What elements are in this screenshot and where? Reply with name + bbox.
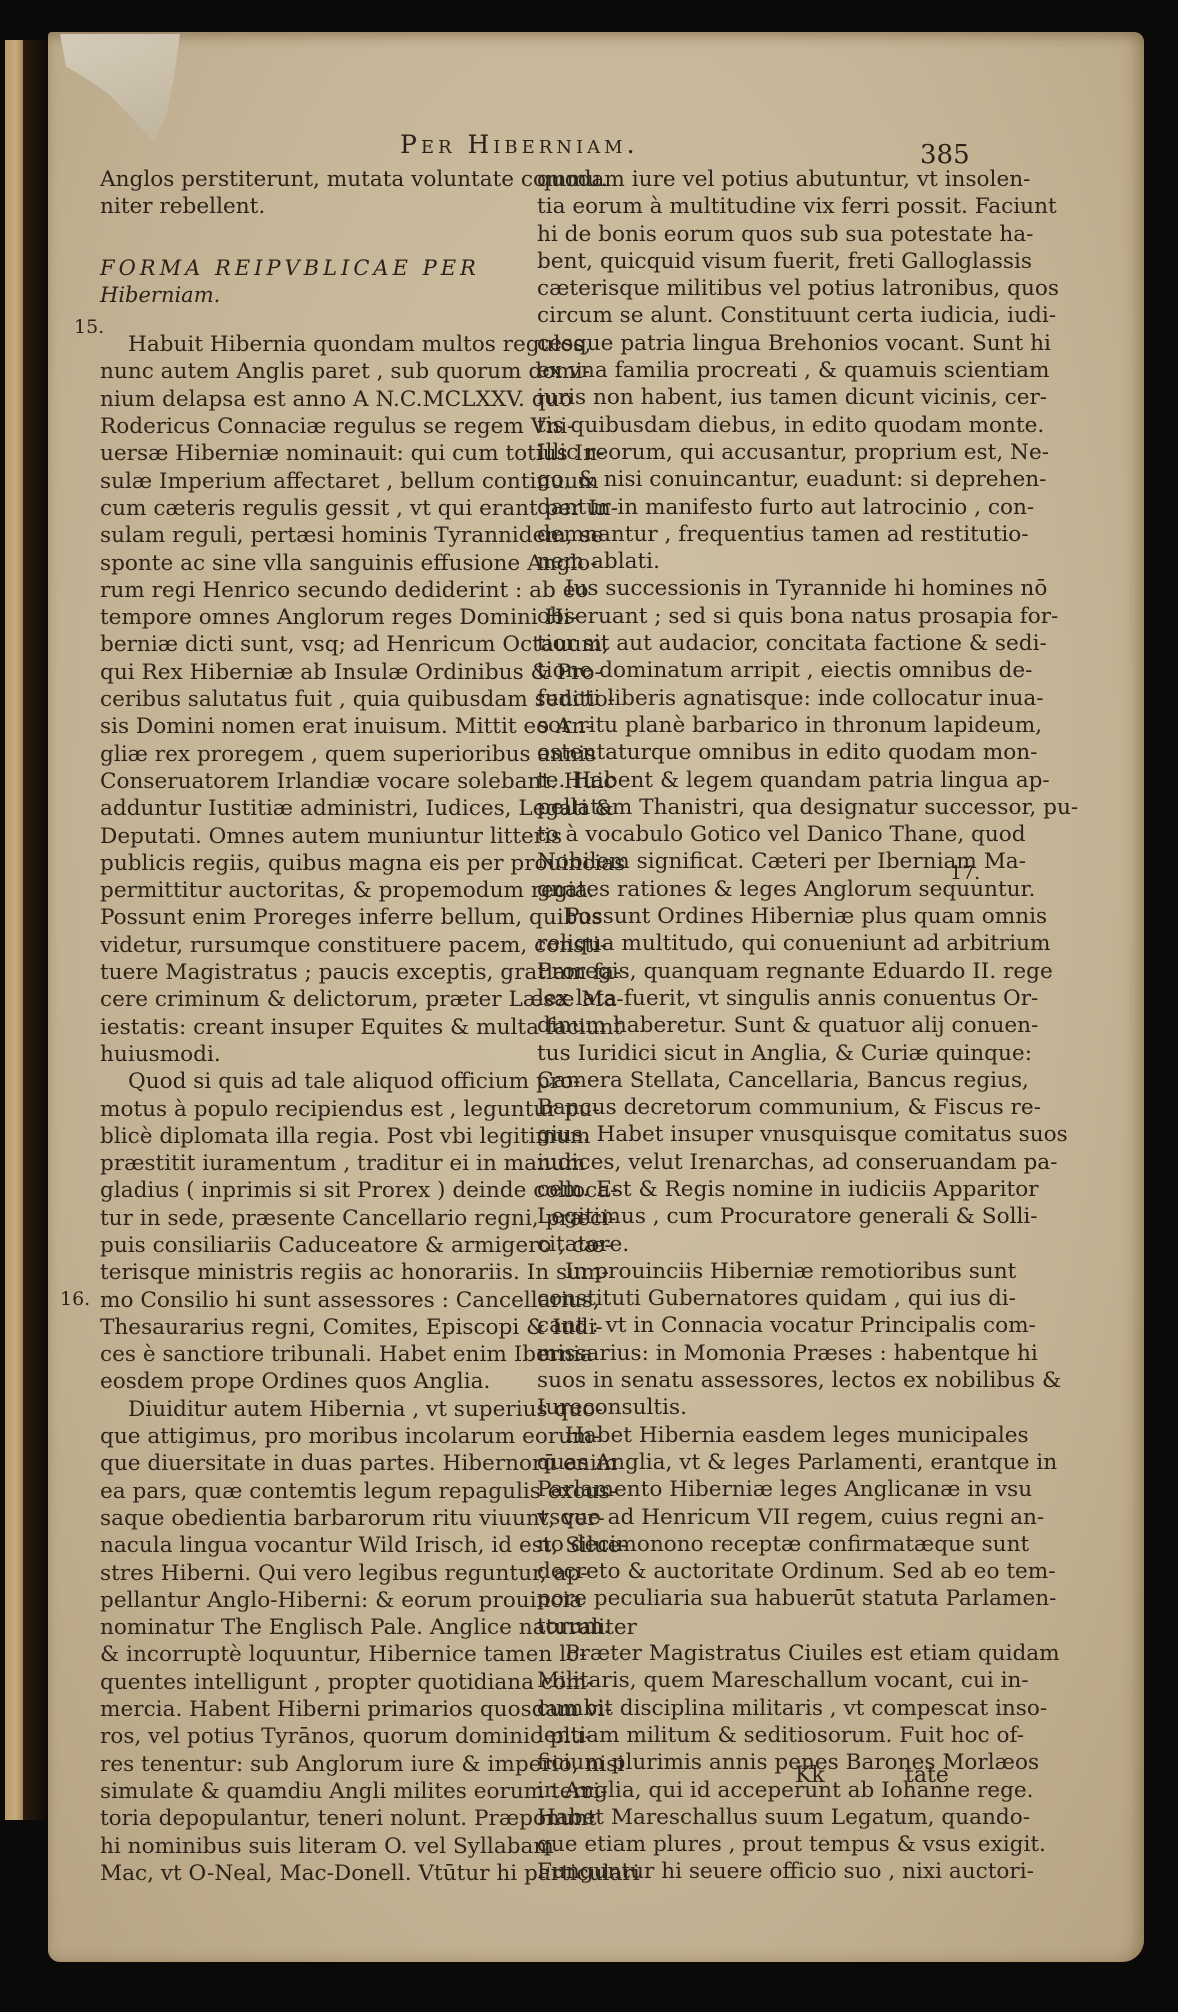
text-line: tur in sede, præsente Cancellario regni,…	[100, 1205, 500, 1232]
text-line: gliæ rex proregem , quem superioribus an…	[100, 741, 500, 768]
text-line: Rodericus Connaciæ regulus se regem Vni-	[100, 413, 500, 440]
text-line: tis quibusdam diebus, in edito quodam mo…	[537, 412, 947, 439]
text-line: mercia. Habent Hiberni primarios quosdam…	[100, 1696, 500, 1723]
text-line: iestatis: creant insuper Equites & multa…	[100, 1014, 500, 1041]
text-line: Funguntur hi seuere officio suo , nixi a…	[537, 1858, 947, 1885]
text-line: ostentaturque omnibus in edito quodam mo…	[537, 739, 947, 766]
text-line: cesque patria lingua Brehonios vocant. S…	[537, 330, 947, 357]
margin-number-17: 17.	[950, 862, 980, 884]
catchword: tate	[905, 1763, 949, 1788]
text-line: to à vocabulo Gotico vel Danico Thane, q…	[537, 821, 947, 848]
text-line: tuere Magistratus ; paucis exceptis, gra…	[100, 959, 500, 986]
text-line: Habet Hibernia easdem leges municipales	[537, 1422, 947, 1449]
text-line: go, & nisi conuincantur, euadunt: si dep…	[537, 466, 947, 493]
text-line: nem ablati.	[537, 548, 947, 575]
text-line: Possunt enim Proreges inferre bellum, qu…	[100, 904, 500, 931]
text-line: pellatam Thanistri, qua designatur succe…	[537, 794, 947, 821]
text-line: dantur in manifesto furto aut latrocinio…	[537, 494, 947, 521]
text-line: Mac, vt O-Neal, Mac-Donell. Vtūtur hi pa…	[100, 1860, 500, 1887]
text-line: Camera Stellata, Cancellaria, Bancus reg…	[537, 1067, 947, 1094]
text-line: nominatur The Englisch Pale. Anglice nat…	[100, 1614, 500, 1641]
text-line: Quod si quis ad tale aliquod officium pr…	[100, 1068, 500, 1095]
text-line: que etiam plures , prout tempus & vsus e…	[537, 1831, 947, 1858]
text-line: Iureconsultis.	[537, 1394, 947, 1421]
text-line: pellantur Anglo-Hiberni: & eorum prouinc…	[100, 1587, 500, 1614]
text-line: Conseruatorem Irlandiæ vocare solebant. …	[100, 768, 500, 795]
text-line: puis consiliariis Caduceatore & armigero…	[100, 1232, 500, 1259]
text-line: hi nominibus suis literam O. vel Syllaba…	[100, 1833, 500, 1860]
text-line: terisque ministris regiis ac honorariis.…	[100, 1259, 500, 1286]
text-line: citatore.	[537, 1231, 947, 1258]
text-line: cum cæteris regulis gessit , vt qui eran…	[100, 495, 500, 522]
text-line: dinum haberetur. Sunt & quatuor alij con…	[537, 1012, 947, 1039]
text-line: no decimonono receptæ confirmatæque sunt	[537, 1531, 947, 1558]
text-line: videtur, rursumque constituere pacem, co…	[100, 932, 500, 959]
text-line: Parlamento Hiberniæ leges Anglicanæ in v…	[537, 1476, 947, 1503]
text-line: cant : vt in Connacia vocatur Principali…	[537, 1312, 947, 1339]
text-line: tempore omnes Anglorum reges Domini Hi-	[100, 604, 500, 631]
text-line: præstitit iuramentum , traditur ei in ma…	[100, 1150, 500, 1177]
text-line: Legitimus , cum Procuratore generali & S…	[537, 1203, 947, 1230]
text-line: decreto & auctoritate Ordinum. Sed ab eo…	[537, 1558, 947, 1585]
text-line: lentiam militum & seditiosorum. Fuit hoc…	[537, 1722, 947, 1749]
text-line: uersæ Hiberniæ nominauit: qui cum totius…	[100, 440, 500, 467]
text-line: mo Consilio hi sunt assessores : Cancell…	[100, 1287, 500, 1314]
text-line: sulæ Imperium affectaret , bellum contin…	[100, 468, 500, 495]
text-line: lex lata fuerit, vt singulis annis conue…	[537, 985, 947, 1012]
left-column: Anglos perstiterunt, mutata voluntate co…	[100, 166, 500, 1887]
text-line: quas Anglia, vt & leges Parlamenti, eran…	[537, 1449, 947, 1476]
text-line: berniæ dicti sunt, vsq; ad Henricum Octa…	[100, 631, 500, 658]
text-line: cumbit disciplina militaris , vt compesc…	[537, 1695, 947, 1722]
text-line: Nobilem significat. Cæteri per Iberniam …	[537, 848, 947, 875]
text-line: que diuersitate in duas partes. Hibernor…	[100, 1450, 500, 1477]
text-line: ficium plurimis annis penes Barones Morl…	[537, 1749, 947, 1776]
adjacent-page-edge	[5, 40, 23, 1820]
text-line: in Anglia, qui id acceperunt ab Iohanne …	[537, 1777, 947, 1804]
text-line: gnates rationes & leges Anglorum sequunt…	[537, 876, 947, 903]
text-line: circum se alunt. Constituunt certa iudic…	[537, 302, 947, 329]
text-line: Militaris, quem Mareschallum vocant, cui…	[537, 1667, 947, 1694]
text-line: ces è sanctiore tribunali. Habet enim Ib…	[100, 1341, 500, 1368]
text-line: tione dominatum arripit , eiectis omnibu…	[537, 657, 947, 684]
text-line: In prouinciis Hiberniæ remotioribus sunt	[537, 1258, 947, 1285]
text-line: hi de bonis eorum quos sub sua potestate…	[537, 221, 947, 248]
text-line: obseruant ; sed si quis bona natus prosa…	[537, 603, 947, 630]
text-line: constituti Gubernatores quidam , qui ius…	[537, 1285, 947, 1312]
text-line: tus Iuridici sicut in Anglia, & Curiæ qu…	[537, 1040, 947, 1067]
section-subheading: Hiberniam.	[100, 282, 500, 309]
text-line: eosdem prope Ordines quos Anglia.	[100, 1368, 500, 1395]
text-line: que attigimus, pro moribus incolarum eor…	[100, 1423, 500, 1450]
text-line: Habuit Hibernia quondam multos regulos,	[100, 331, 500, 358]
text-line: publicis regiis, quibus magna eis per pr…	[100, 850, 500, 877]
text-line: quodam iure vel potius abutuntur, vt ins…	[537, 166, 947, 193]
text-line: & incorruptè loquuntur, Hibernice tamen …	[100, 1641, 500, 1668]
text-line: gius. Habet insuper vnusquisque comitatu…	[537, 1121, 947, 1148]
text-line: sponte ac sine vlla sanguinis effusione …	[100, 550, 500, 577]
running-head: Per Hiberniam.	[400, 130, 639, 159]
text-line: torum.	[537, 1613, 947, 1640]
text-line: ceribus salutatus fuit , quia quibusdam …	[100, 686, 500, 713]
text-line: Ius successionis in Tyrannide hi homines…	[537, 575, 947, 602]
text-line: ex vna familia procreati , & quamuis sci…	[537, 357, 947, 384]
text-line: Anglos perstiterunt, mutata voluntate co…	[100, 166, 500, 193]
text-line: iuris non habent, ius tamen dicunt vicin…	[537, 384, 947, 411]
text-line: niter rebellent.	[100, 193, 500, 220]
text-line: qui Rex Hiberniæ ab Insulæ Ordinibus & P…	[100, 659, 500, 686]
text-line: saque obedientia barbarorum ritu viuunt,…	[100, 1505, 500, 1532]
text-line: demnantur , frequentius tamen ad restitu…	[537, 521, 947, 548]
text-line: simulate & quamdiu Angli milites eorum t…	[100, 1778, 500, 1805]
text-line: stres Hiberni. Qui vero legibus reguntur…	[100, 1560, 500, 1587]
text-line: blicè diplomata illa regia. Post vbi leg…	[100, 1123, 500, 1150]
text-line: Thesaurarius regni, Comites, Episcopi & …	[100, 1314, 500, 1341]
text-line: Bancus decretorum communium, & Fiscus re…	[537, 1094, 947, 1121]
left-body-text: Habuit Hibernia quondam multos regulos,n…	[100, 331, 500, 1887]
section-heading: FORMA REIPVBLICAE PER	[100, 255, 500, 282]
text-line: Possunt Ordines Hiberniæ plus quam omnis	[537, 903, 947, 930]
text-line: toria depopulantur, teneri nolunt. Præpo…	[100, 1805, 500, 1832]
right-column: quodam iure vel potius abutuntur, vt ins…	[537, 166, 947, 1886]
text-line: sis Domini nomen erat inuisum. Mittit eo…	[100, 713, 500, 740]
text-line: motus à populo recipiendus est , leguntu…	[100, 1096, 500, 1123]
right-body-text: quodam iure vel potius abutuntur, vt ins…	[537, 166, 947, 1886]
margin-number-16: 16.	[60, 1288, 90, 1310]
text-line: Diuiditur autem Hibernia , vt superius q…	[100, 1396, 500, 1423]
text-line: quentes intelligunt , propter quotidiana…	[100, 1669, 500, 1696]
margin-number-15: 15.	[74, 316, 104, 338]
text-line: cæterisque militibus vel potius latronib…	[537, 275, 947, 302]
text-line: bent, quicquid visum fuerit, freti Gallo…	[537, 248, 947, 275]
text-line: vsque ad Henricum VII regem, cuius regni…	[537, 1504, 947, 1531]
text-line: gladius ( inprimis si sit Prorex ) deind…	[100, 1177, 500, 1204]
signature-mark: Kk	[795, 1763, 825, 1788]
text-line: Præter Magistratus Ciuiles est etiam qui…	[537, 1640, 947, 1667]
text-line: pore peculiaria sua habuerūt statuta Par…	[537, 1585, 947, 1612]
text-line: nacula lingua vocantur Wild Irisch, id e…	[100, 1532, 500, 1559]
text-line: rum regi Henrico secundo dediderint : ab…	[100, 577, 500, 604]
text-line: missarius: in Momonia Præses : habentque…	[537, 1340, 947, 1367]
text-line: cem. Est & Regis nomine in iudiciis Appa…	[537, 1176, 947, 1203]
text-line: Habet Mareschallus suum Legatum, quando-	[537, 1804, 947, 1831]
text-line: Illic reorum, qui accusantur, proprium e…	[537, 439, 947, 466]
text-line: suos in senatu assessores, lectos ex nob…	[537, 1367, 947, 1394]
text-line: ros, vel potius Tyrānos, quorum dominio …	[100, 1723, 500, 1750]
text-line: te. Habent & legem quandam patria lingua…	[537, 767, 947, 794]
text-line: sulam reguli, pertæsi hominis Tyrannidem…	[100, 522, 500, 549]
text-line: nium delapsa est anno A N.C.MCLXXV. quo	[100, 386, 500, 413]
text-line: iudices, velut Irenarchas, ad conseruand…	[537, 1149, 947, 1176]
text-line: adduntur Iustitiæ administri, Iudices, L…	[100, 795, 500, 822]
text-line: cere criminum & delictorum, præter Læsæ …	[100, 986, 500, 1013]
text-line: reliqua multitudo, qui conueniunt ad arb…	[537, 930, 947, 957]
text-line: ea pars, quæ contemtis legum repagulis e…	[100, 1478, 500, 1505]
text-line: res tenentur: sub Anglorum iure & imperi…	[100, 1751, 500, 1778]
text-line: Proregis, quanquam regnante Eduardo II. …	[537, 958, 947, 985]
text-line: nunc autem Anglis paret , sub quorum dom…	[100, 358, 500, 385]
text-line: tia eorum à multitudine vix ferri possit…	[537, 193, 947, 220]
text-line: huiusmodi.	[100, 1041, 500, 1068]
text-line: tior sit aut audacior, concitata faction…	[537, 630, 947, 657]
text-line: sor ritu planè barbarico in thronum lapi…	[537, 712, 947, 739]
text-line: Deputati. Omnes autem muniuntur litteris	[100, 823, 500, 850]
text-line: functi liberis agnatisque: inde collocat…	[537, 685, 947, 712]
text-line: permittitur auctoritas, & propemodum reg…	[100, 877, 500, 904]
